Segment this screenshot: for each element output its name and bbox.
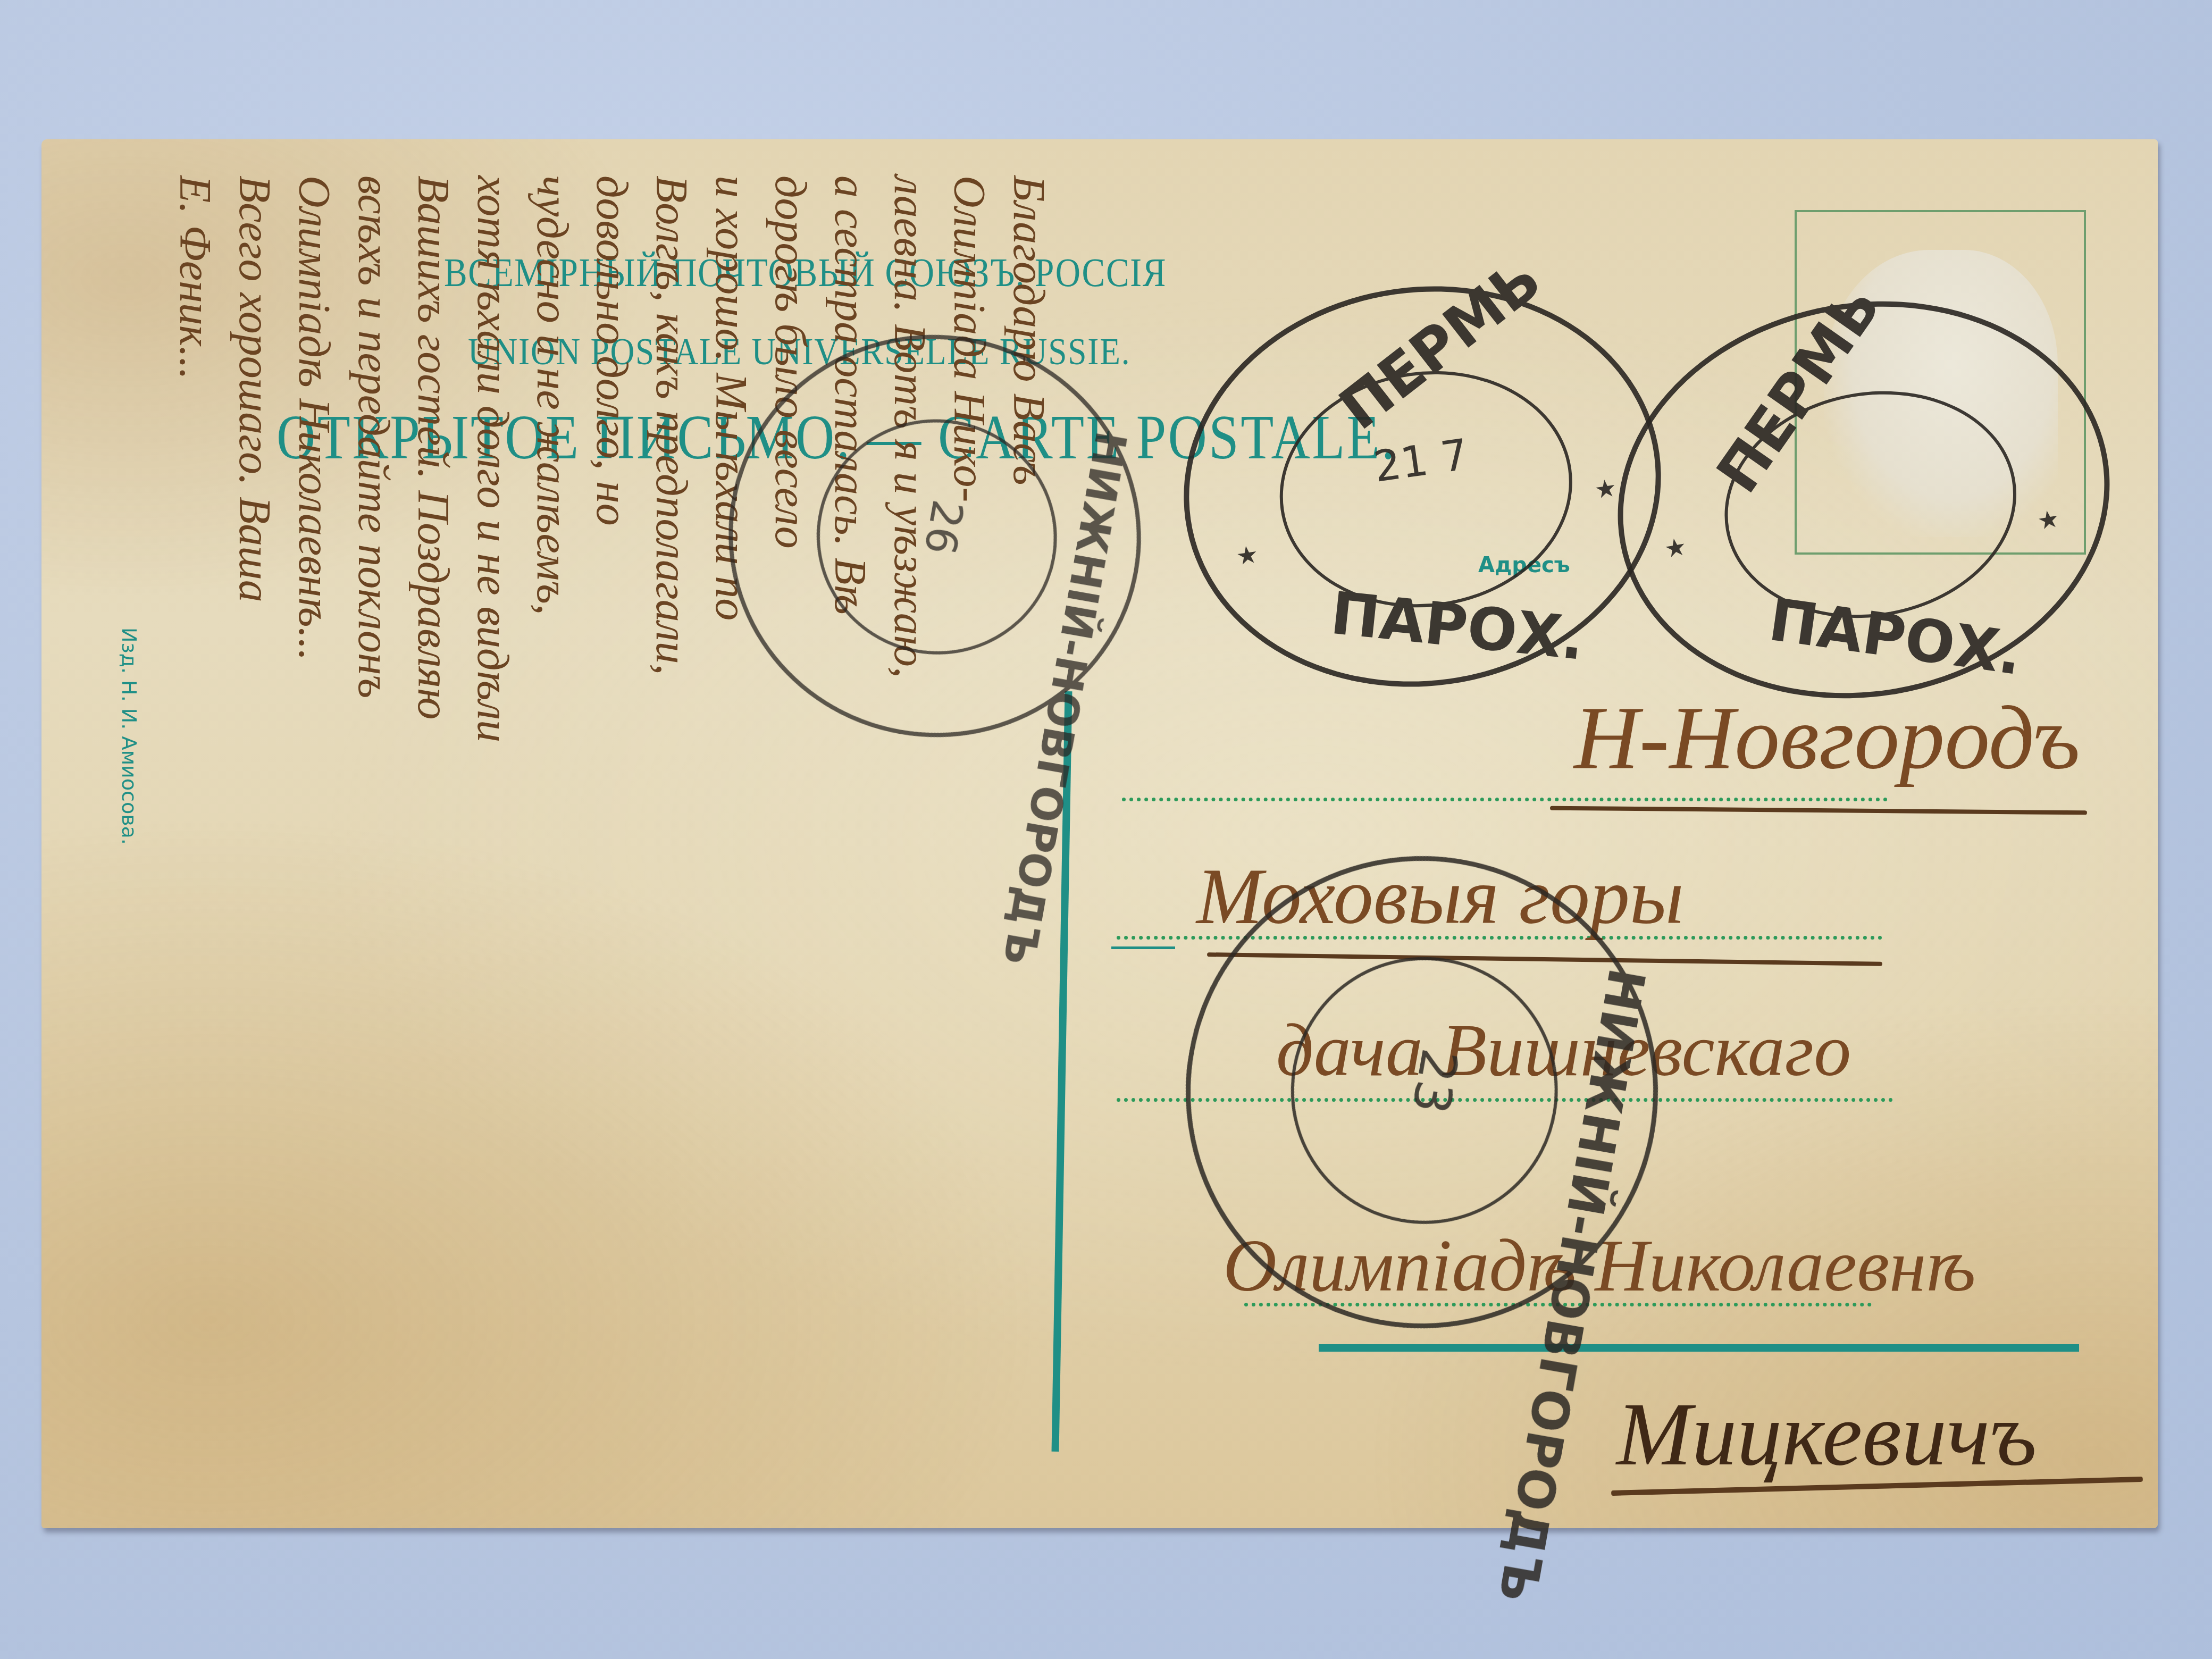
message-line: Олимпіадѣ Николаевнѣ... (284, 175, 343, 742)
message-line: Волгѣ, какъ предполагали, (641, 175, 701, 742)
address-line-1 (1122, 798, 1888, 801)
message-line: Всего хорошаго. Ваша (224, 175, 284, 742)
message-line: довольно долго, но (582, 175, 641, 742)
address-line-5 (1319, 1344, 2079, 1352)
message-line: чудесно и не жалѣемъ, (522, 175, 582, 742)
message-line: Вашихъ гостей. Поздравляю (403, 175, 463, 742)
message-line: хотя ѣхали долго и не видѣли (463, 175, 522, 742)
address-city: Н-Новгородъ (1574, 686, 2080, 790)
message-line: Е. Феник... (165, 175, 224, 742)
address-line-stub (1111, 946, 1175, 949)
message-line: всѣхъ и передайте поклонъ (343, 175, 403, 742)
address-recipient-surname: Мицкевичъ (1616, 1382, 2037, 1486)
